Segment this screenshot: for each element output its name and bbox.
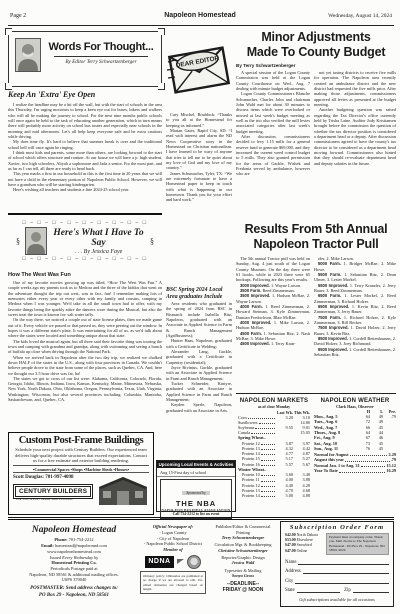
deadline-note: --DEADLINE-- FRIDAY @ NOON — [210, 581, 276, 594]
masthead-info-lines: Phone: 701-754-2212Email: homestead@napo… — [14, 537, 134, 583]
weather-day-rows: Mon., Aug. 56449.79Tues., Aug. 67249Wed.… — [314, 414, 396, 452]
masthead-line: USPS 370040 — [14, 577, 134, 583]
payment-note: Payment must accompany order. Thank you.… — [326, 533, 389, 556]
ndna-flag-icon — [177, 559, 184, 564]
staff-name: Terry Schwartzenberger — [210, 535, 276, 541]
masthead-official: Official Newspaper of: - Logan County- C… — [140, 524, 206, 594]
article-body: One of my favorite movies growing up was… — [8, 280, 162, 403]
corner-ornament — [158, 83, 165, 90]
result-entry: 7500 Improved. 1. David Holzer, 2. Jerry… — [314, 325, 396, 336]
obituary-policy-note: Obituary policy: Obituaries are publishe… — [140, 571, 206, 593]
editor-photo — [15, 38, 41, 72]
title-rule — [54, 56, 149, 57]
staff-list: Publisher/Editor & Commercial PrintingTe… — [210, 524, 276, 579]
result-entry: 3500 Improved. 1. Hudson McRae, 2. Wayne… — [236, 293, 310, 304]
paragraph: Here's wishing all teachers and students… — [8, 187, 162, 192]
state-blank-line — [297, 592, 340, 593]
decorative-border-top: □ ~ □ ~ □ ~ □ ~ □ ~ □ ~ □ ~ □ ~ □ — [10, 220, 160, 226]
postmaster-note: POSTMASTER: Send address changes to: PO … — [14, 586, 134, 599]
masthead-top-rule — [8, 517, 394, 520]
tables-top-rule — [236, 393, 396, 394]
ad-title: Custom Post-Frame Buildings — [13, 435, 149, 446]
markets-rows: Corn3.203.10Sunflowers14.80Soybeans9.559… — [238, 415, 310, 499]
newspaper-page: Page 2 Napoleon Homestead Wednesday, Aug… — [0, 0, 400, 614]
weather-summary-row: Year To Date16.29 — [314, 468, 396, 474]
events-call-line: Call 754-2212 to list an event — [161, 512, 231, 516]
paragraph: The kids loved the musical again, but al… — [8, 339, 162, 355]
article-how-the-west-was-fun: How The West Was Fun One of my favorite … — [8, 272, 162, 402]
corner-ornament — [5, 83, 12, 90]
subscription-fields: NameAddressCity — [285, 560, 389, 584]
association-seal-icon — [187, 555, 201, 569]
minor-adjustments-col1: A special session of the Logan County Co… — [236, 70, 310, 177]
zip-label: Zip — [344, 588, 351, 593]
result-entry: 6500 Farm. 1. Lester Morkel, 2. Reed Zim… — [314, 293, 396, 304]
result-entry: 7500 Farm. 1. Richard Holzer, 2. Kyle Zi… — [314, 315, 396, 326]
state-zip-row: State Zip — [285, 588, 389, 593]
paragraph: Logan County Commissioners Blanche Schum… — [236, 91, 310, 134]
markets-subtitle: as of close Monday — [238, 404, 310, 409]
staff-name: Jessica Wald — [210, 560, 276, 566]
column-title: Here's What I Have To Say — [52, 228, 145, 248]
result-entry: 4000 Improved. 1. Mike Larson, 2. Hudson… — [236, 320, 310, 331]
masthead-paper-title: Napoleon Homestead — [14, 524, 134, 536]
paragraph: On the way there, we noticed a couple ou… — [8, 317, 162, 338]
paragraph: One of my favorite movies growing up was… — [8, 280, 162, 317]
reader-letters: Cary Mischel, Braddock: “Thanks to you a… — [166, 112, 232, 203]
paragraph: not yet taxing districts to receive five… — [314, 70, 396, 107]
staff-name: Sonya Gross — [210, 573, 276, 579]
subscription-order-form: Subscription Order Form $42.00 North Dak… — [280, 521, 394, 607]
state-label: State — [285, 588, 295, 593]
result-entry: 4500 Farm. 1. Sebastian Bitz, 2. Nash Mc… — [236, 331, 310, 342]
ad-contact: Scott Douglas: 701-997-4098 — [13, 475, 94, 480]
article-title: Keep An 'Extra' Eye Open — [8, 90, 162, 100]
corner-ornament — [5, 28, 12, 35]
ndna-logo: NDNA — [145, 556, 173, 567]
issue-date: Wednesday, August 14, 2024 — [328, 13, 392, 19]
article-title: How The West Was Fun — [8, 272, 162, 279]
minor-adjustments-col2: not yet taxing districts to receive five… — [314, 70, 396, 166]
columnist-photo — [25, 227, 47, 255]
paragraph: Area residents who graduated in the spri… — [166, 301, 232, 338]
masthead-info: Napoleon Homestead Phone: 701-754-2212Em… — [14, 524, 134, 583]
paragraph: After discussion, commissioners decided … — [236, 134, 310, 177]
subscription-title: Subscription Order Form — [285, 524, 389, 531]
sponsored-label: Sponsored by — [182, 491, 209, 495]
sponsor-org: THE NBA — [161, 499, 231, 508]
ad-body: Schedule your next project with Century … — [13, 447, 149, 464]
article-byline: By Terry Schwartzenberger — [236, 63, 310, 68]
result-entry: 4500 Improved. 1. Terry Kran- — [236, 341, 310, 346]
markets-table: NAPOLEON MARKETS as of close Monday Last… — [238, 398, 310, 498]
paragraph: Jayce Rivinius, Gackle, graduated with a… — [166, 365, 232, 381]
paragraph: A special session of the Logan County Co… — [236, 70, 310, 91]
weather-summary-rows: Normal for August2.29August this year.79… — [314, 452, 396, 474]
tractor-pull-headline: Results From 5th Annual Napoleon Tractor… — [236, 222, 396, 251]
section-divider-rule — [8, 213, 162, 215]
paragraph: This year marks a first in our household… — [8, 171, 162, 187]
heres-what-masthead: □ ~ □ ~ □ ~ □ ~ □ ~ □ ~ □ ~ □ ~ □ § Here… — [8, 219, 162, 269]
decorative-border-bottom: □ ~ □ ~ □ ~ □ ~ □ ~ □ ~ □ ~ □ ~ □ — [10, 256, 160, 262]
building-illustration — [97, 475, 149, 512]
result-entry: 4000 Farm. 1. Reed Zimmerman, 2. Howard … — [236, 304, 310, 320]
paragraph: James Schumacher, Tyler, TX: “We are ext… — [166, 171, 232, 203]
official-newspaper-items: - Logan County- City of Napoleon- Napole… — [140, 530, 206, 547]
column-byline: . . . By Jessica Faye — [52, 249, 145, 255]
result-entry: 6500 Improved. 1. Kevin Bitz, 2. Reed Zi… — [314, 304, 396, 315]
result-entry: 8500 Improved. 1. Cordell Bettenhausen, … — [314, 336, 396, 347]
tractor-pull-intro: The 5th annual Tractor pull was held on … — [236, 256, 310, 283]
paragraph: Alexander Lang, Gackle, graduated with a… — [166, 349, 232, 365]
paragraph: Cary Mischel, Braddock: “Thanks to you a… — [166, 112, 232, 128]
column-title: Words For Thought... — [46, 36, 156, 53]
minor-adjustments-headline: Minor Adjustments Made To County Budget — [236, 30, 396, 59]
bsc-grads-body: Area residents who graduated in the spri… — [166, 301, 232, 413]
staff-name: Christine Schwartzenberger — [210, 548, 276, 554]
form-field: City — [285, 579, 389, 584]
masthead-staff: Publisher/Editor & Commercial PrintingTe… — [210, 524, 276, 594]
article-keep-an-extra-eye-open: Keep An 'Extra' Eye Open I realize the h… — [8, 90, 162, 192]
member-of-label: Member of — [140, 547, 206, 553]
paragraph: Another budgeting question was raised re… — [314, 107, 396, 166]
article-body: I realize the headline may be a bit off … — [8, 102, 162, 193]
paragraph: Tucker Schneider, Kintyre, graduated wit… — [166, 381, 232, 402]
paragraph: When we arrived back in Napoleon after t… — [8, 355, 162, 376]
paragraph: Kayden Sperle, Napoleon, graduated with … — [166, 402, 232, 413]
tractor-pull-col1: The 5th annual Tractor pull was held on … — [236, 256, 310, 347]
result-entry: 9500 Improved. 1. Cordell Bettenhausen, … — [314, 347, 396, 358]
events-header: Upcoming Local Events & Activities — [157, 461, 235, 468]
corner-ornament — [158, 28, 165, 35]
paragraph: I realize the headline may be a bit off … — [8, 102, 162, 139]
paragraph: Hunter Haas, Napoleon, graduated with a … — [166, 338, 232, 349]
event-item: Aug 15-First day of school — [157, 468, 235, 477]
logo-tagline: FOR YOU, A POST FRAME PROFESSIONAL — [16, 498, 94, 501]
column-byline: By Editor Terry Schwartzenberger — [46, 59, 156, 65]
gift-subscriptions-note: Gift subscriptions available for all occ… — [285, 597, 389, 602]
zip-blank-line — [353, 592, 389, 593]
result-entry: 5500 Farm. 1. Sebastian Bitz, 2. Dean Ul… — [314, 272, 396, 283]
tractor-pull-results-col2: zler, 2. Mike Larson.5000 Farm. 1. Bridg… — [314, 256, 396, 357]
paragraph: The states we got to cross of our list w… — [8, 376, 162, 403]
decorative-side-glyph: § — [150, 237, 154, 246]
form-field: Name — [285, 560, 389, 565]
staff-role: Publisher/Editor & Commercial Printing — [210, 524, 276, 535]
sponsor-org-full: NAPOLEON BUSINESS ASSOCIATION — [161, 508, 231, 512]
market-row: Protein 145.004.88 — [238, 493, 310, 498]
ad-services-list: •Commercial Spaces •Shops •Machine Sheds… — [13, 465, 149, 473]
subscription-prices: $42.00 North Dakota$53.00 Elsewhere$47.0… — [285, 533, 323, 556]
weather-table: NAPOLEON WEATHER Clark Haas, Observer H … — [314, 398, 396, 474]
dear-editor-envelope-icon: DEAR EDITOR — [166, 32, 232, 108]
paragraph: Marian Gates, Rapid City, SD: “I read wi… — [166, 128, 232, 171]
paragraph: My does time fly. It's hard to believe t… — [8, 139, 162, 150]
century-builders-logo: CENTURY BUILDERS — [15, 486, 91, 497]
words-for-thought-masthead: Words For Thought... By Editor Terry Sch… — [8, 31, 162, 87]
result-entry: 5000 Farm. 1. Bridger McRae, 2. Mike How… — [314, 261, 396, 272]
result-entry: 5500 Improved. 1. Terry Kranzler, 2. Jer… — [314, 283, 396, 294]
century-builders-ad: Custom Post-Frame Buildings Schedule you… — [8, 432, 154, 515]
decorative-side-glyph: § — [16, 237, 20, 246]
form-field: Address — [285, 569, 389, 574]
tractor-pull-results-col1: 3000 Improved. 1. Wayne Larson.3500 Farm… — [236, 283, 310, 347]
bsc-grads-headline: BSC Spring 2024 Local Area graduates Inc… — [166, 287, 232, 300]
staff-role: Circulation Mgr. & Bookkeeping — [210, 542, 276, 548]
paragraph: I think most kids and parents, some more… — [8, 150, 162, 171]
header-rule — [8, 25, 394, 26]
events-sponsor-box: Sponsored by THE NBA NAPOLEON BUSINESS A… — [160, 479, 232, 519]
price-option: $47.00 Online — [285, 549, 323, 554]
upcoming-events-box: Upcoming Local Events & Activities Aug 1… — [156, 460, 236, 512]
